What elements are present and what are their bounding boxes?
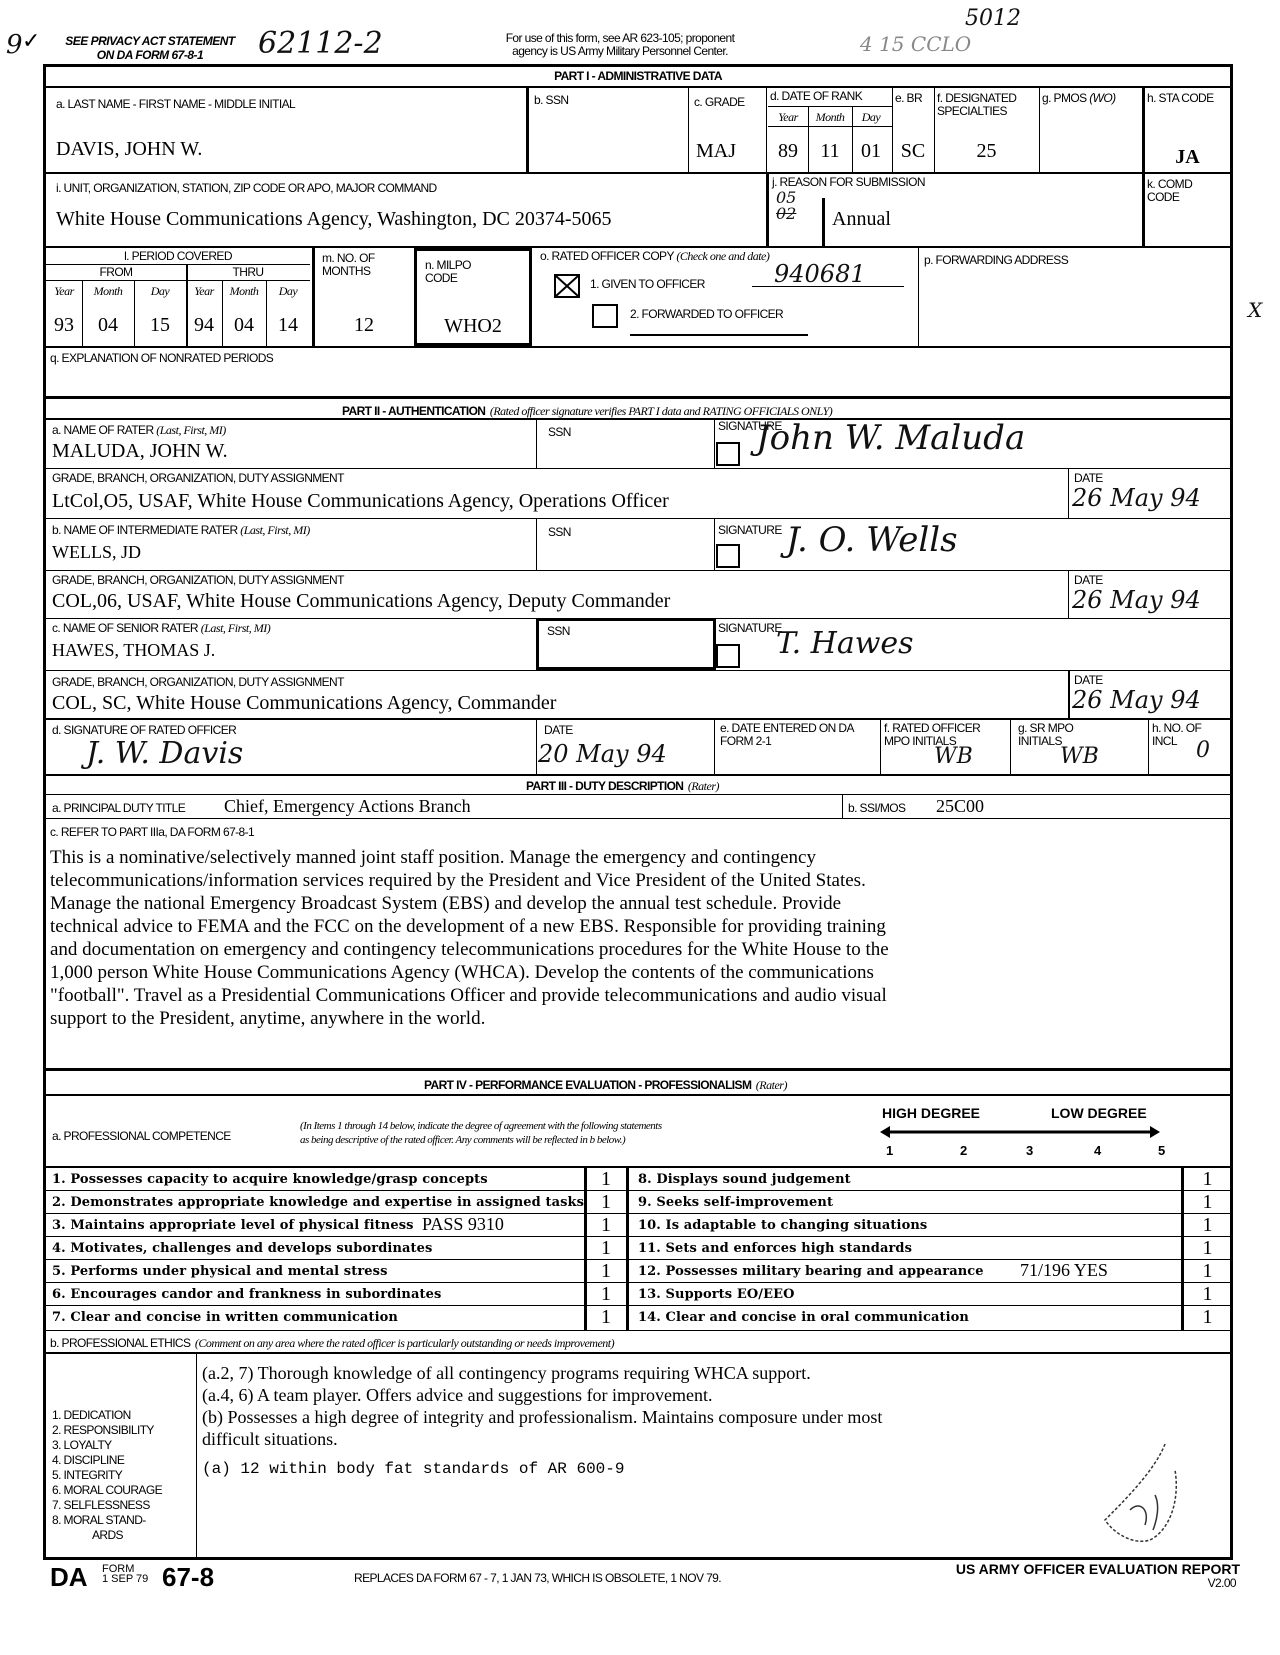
competence-item-row: 2. Demonstrates appropriate knowledge an… xyxy=(46,1191,630,1214)
competence-item-row: 10. Is adaptable to changing situations … xyxy=(630,1214,1230,1237)
duty-title-label: a. PRINCIPAL DUTY TITLE xyxy=(52,802,185,815)
ssn-label: b. SSN xyxy=(534,94,568,107)
nonrated-periods-field[interactable]: q. EXPLANATION OF NONRATED PERIODS xyxy=(46,348,1230,396)
duty-title: Chief, Emergency Actions Branch xyxy=(224,796,471,817)
divider xyxy=(43,570,1233,571)
senior-signature-checkbox[interactable] xyxy=(716,644,740,668)
item-rating[interactable]: 1 xyxy=(586,1306,626,1329)
divider xyxy=(43,468,1233,469)
senior-ssn-label: SSN xyxy=(547,625,570,638)
item-rating[interactable]: 1 xyxy=(1185,1168,1230,1191)
description-line: 1,000 person White House Communications … xyxy=(50,961,1226,984)
dor-year: 89 xyxy=(768,140,808,163)
from-year: 93 xyxy=(46,314,82,337)
rater-date: 26 May 94 xyxy=(1072,484,1201,512)
ssi-mos-field[interactable]: b. SSI/MOS 25C00 xyxy=(844,796,1230,818)
divider xyxy=(526,86,529,172)
duty-description-field[interactable]: c. REFER TO PART IIIa, DA FORM 67-8-1 Th… xyxy=(46,820,1230,1068)
item-text: 4. Motivates, challenges and develops su… xyxy=(52,1241,432,1256)
item-rating[interactable]: 1 xyxy=(586,1237,626,1260)
milpo-value: WHO2 xyxy=(417,315,529,338)
rated-officer-date-field[interactable]: DATE 20 May 94 xyxy=(538,720,714,774)
rated-copy-field[interactable]: o. RATED OFFICER COPY (Check one and dat… xyxy=(538,248,916,346)
ethics-item: 6. MORAL COURAGE xyxy=(52,1483,192,1498)
privacy-line-2: ON DA FORM 67-8-1 xyxy=(50,48,250,62)
reason-code-old: 02 xyxy=(776,204,796,223)
divider xyxy=(766,172,769,246)
senior-name-field[interactable]: c. NAME OF SENIOR RATER (Last, First, MI… xyxy=(46,620,536,670)
rated-officer-signature: J. W. Davis xyxy=(86,736,243,771)
ethics-comment-line: (a.4, 6) A team player. Offers advice an… xyxy=(202,1384,1226,1406)
senior-gbo-field[interactable]: GRADE, BRANCH, ORGANIZATION, DUTY ASSIGN… xyxy=(46,672,1066,718)
given-date: 940681 xyxy=(774,260,866,288)
divider xyxy=(46,280,310,281)
senior-date-label: DATE xyxy=(1074,674,1103,687)
ethics-comments-field[interactable]: (a.2, 7) Thorough knowledge of all conti… xyxy=(202,1362,1226,1552)
date-entered-field[interactable]: e. DATE ENTERED ON DA FORM 2-1 xyxy=(716,720,880,774)
period-from-label: FROM xyxy=(46,266,186,279)
date-underline xyxy=(752,286,904,287)
given-to-officer-checkbox[interactable] xyxy=(554,274,580,298)
part1-title: PART I - ADMINISTRATIVE DATA xyxy=(43,70,1233,83)
divider xyxy=(536,518,537,570)
milpo-label: n. MILPO CODE xyxy=(425,259,495,284)
divider xyxy=(43,396,1233,399)
from-day: 15 xyxy=(134,314,186,337)
item-rating[interactable]: 1 xyxy=(586,1283,626,1306)
item-text: 2. Demonstrates appropriate knowledge an… xyxy=(52,1195,584,1210)
form-word-date: FORM 1 SEP 79 xyxy=(102,1564,148,1584)
competence-item-row: 9. Seeks self-improvement 1 xyxy=(630,1191,1230,1214)
competence-item-row: 12. Possesses military bearing and appea… xyxy=(630,1260,1230,1283)
divider xyxy=(626,1166,629,1330)
handwritten-control-number: 62112-2 xyxy=(258,26,383,61)
intermediate-signature-label: SIGNATURE xyxy=(718,524,782,537)
rater-gbo-field[interactable]: GRADE, BRANCH, ORGANIZATION, DUTY ASSIGN… xyxy=(46,470,1066,518)
scale-1: 1 xyxy=(886,1144,893,1158)
intermediate-name-label: b. NAME OF INTERMEDIATE RATER (Last, Fir… xyxy=(52,524,310,537)
divider xyxy=(43,670,1233,671)
item-rating[interactable]: 1 xyxy=(586,1168,626,1191)
scale-arrow-icon xyxy=(880,1126,1160,1138)
ethics-item: ARDS xyxy=(52,1528,192,1543)
form-id: DA FORM 1 SEP 79 67-8 xyxy=(50,1562,88,1593)
scale-5: 5 xyxy=(1158,1144,1165,1158)
senior-signature-field[interactable]: SIGNATURE T. Hawes xyxy=(716,620,1230,670)
intermediate-signature: J. O. Wells xyxy=(786,520,958,560)
item-rating[interactable]: 1 xyxy=(1185,1260,1230,1283)
divider xyxy=(196,1352,197,1560)
months-value: 12 xyxy=(316,314,412,337)
item-text: 11. Sets and enforces high standards xyxy=(638,1241,912,1256)
reason-label: j. REASON FOR SUBMISSION xyxy=(772,176,925,189)
divider xyxy=(312,246,315,346)
rater-signature: John W. Maluda xyxy=(756,418,1025,458)
ethics-comment-line: (a.2, 7) Thorough knowledge of all conti… xyxy=(202,1362,1226,1384)
no-of-incl-field[interactable]: h. NO. OF INCL 0 xyxy=(1150,720,1230,774)
part4-title: PART IV - PERFORMANCE EVALUATION - PROFE… xyxy=(424,1076,787,1094)
competence-item-row: 1. Possesses capacity to acquire knowled… xyxy=(46,1168,630,1191)
given-to-officer-label: 1. GIVEN TO OFFICER xyxy=(590,278,705,291)
scale-3: 3 xyxy=(1026,1144,1033,1158)
usage-line-1: For use of this form, see AR 623-105; pr… xyxy=(470,32,770,45)
competence-item-row: 13. Supports EO/EEO 1 xyxy=(630,1283,1230,1306)
rated-officer-mpo-field[interactable]: f. RATED OFFICER MPO INITIALS WB xyxy=(882,720,1010,774)
forwarding-address-field[interactable]: p. FORWARDING ADDRESS xyxy=(920,248,1230,346)
duty-description: This is a nominative/selectively manned … xyxy=(50,846,1226,1030)
competence-item-row: 5. Performs under physical and mental st… xyxy=(46,1260,630,1283)
scale-low-label: LOW DEGREE xyxy=(1051,1106,1147,1121)
checkbox-x-icon xyxy=(556,276,578,296)
replaces-note: REPLACES DA FORM 67 - 7, 1 JAN 73, WHICH… xyxy=(354,1572,721,1585)
ethics-item: 4. DISCIPLINE xyxy=(52,1453,192,1468)
divider xyxy=(536,418,537,468)
divider xyxy=(822,198,825,246)
intermediate-name: WELLS, JD xyxy=(52,542,141,563)
rater-name-label: a. NAME OF RATER (Last, First, MI) xyxy=(52,424,226,437)
ethics-item: 8. MORAL STAND- xyxy=(52,1513,192,1528)
senior-name-label: c. NAME OF SENIOR RATER (Last, First, MI… xyxy=(52,622,270,635)
form-da: DA xyxy=(50,1562,88,1592)
ethics-list: 1. DEDICATION 2. RESPONSIBILITY 3. LOYAL… xyxy=(52,1408,192,1543)
item-rating[interactable]: 1 xyxy=(586,1260,626,1283)
nonrated-periods-label: q. EXPLANATION OF NONRATED PERIODS xyxy=(50,352,273,365)
divider xyxy=(1068,570,1069,618)
report-version: V2.00 xyxy=(890,1577,1240,1590)
divider xyxy=(1068,468,1069,518)
competence-item-row: 6. Encourages candor and frankness in su… xyxy=(46,1283,630,1306)
divider xyxy=(43,1068,1233,1071)
period-label: l. PERIOD COVERED xyxy=(46,250,310,263)
ethics-item: 1. DEDICATION xyxy=(52,1408,192,1423)
form-number: 67-8 xyxy=(162,1562,214,1593)
designated-specialties-value: 25 xyxy=(935,140,1038,163)
item-text: 3. Maintains appropriate level of physic… xyxy=(52,1218,414,1233)
handwritten-top-right-2: 4 15 CCLO xyxy=(860,32,971,56)
senior-date-field[interactable]: DATE 26 May 94 xyxy=(1070,672,1230,718)
intermediate-date-label: DATE xyxy=(1074,574,1103,587)
unit-label: i. UNIT, ORGANIZATION, STATION, ZIP CODE… xyxy=(56,182,437,195)
competence-items-left: 1. Possesses capacity to acquire knowled… xyxy=(46,1168,630,1330)
branch-field[interactable]: e. BR SC xyxy=(893,88,933,172)
item-rating[interactable]: 1 xyxy=(1185,1214,1230,1237)
rated-officer-date: 20 May 94 xyxy=(538,740,667,768)
duty-title-field[interactable]: a. PRINCIPAL DUTY TITLE Chief, Emergency… xyxy=(46,796,842,818)
part3-title: PART III - DUTY DESCRIPTION (Rater) xyxy=(526,777,719,795)
intermediate-gbo-field[interactable]: GRADE, BRANCH, ORGANIZATION, DUTY ASSIGN… xyxy=(46,572,1066,618)
period-covered-field[interactable]: l. PERIOD COVERED FROM THRU Year Month D… xyxy=(46,248,310,346)
divider xyxy=(1148,718,1149,774)
stamp-icon xyxy=(1095,1440,1185,1550)
divider xyxy=(766,86,767,172)
divider xyxy=(1181,1166,1184,1330)
senior-signature: T. Hawes xyxy=(776,626,914,661)
item-text: 10. Is adaptable to changing situations xyxy=(638,1218,927,1233)
competence-label: a. PROFESSIONAL COMPETENCE xyxy=(52,1130,231,1143)
description-line: telecommunications/information services … xyxy=(50,869,1226,892)
item-text: 6. Encourages candor and frankness in su… xyxy=(52,1287,441,1302)
divider xyxy=(584,1166,587,1330)
divider xyxy=(46,264,310,265)
branch-value: SC xyxy=(893,140,933,163)
instructions-line-1: (In Items 1 through 14 below, indicate t… xyxy=(300,1120,662,1132)
sr-mpo-field[interactable]: g. SR MPO INITIALS WB xyxy=(1012,720,1148,774)
thru-day: 14 xyxy=(266,314,310,337)
intermediate-gbo: COL,06, USAF, White House Communications… xyxy=(52,590,670,613)
sta-code-label: h. STA CODE xyxy=(1147,92,1214,105)
reason-field[interactable]: j. REASON FOR SUBMISSION 05 02 Annual xyxy=(770,174,1140,246)
date-entered-label: e. DATE ENTERED ON DA FORM 2-1 xyxy=(720,722,870,747)
intermediate-signature-field[interactable]: SIGNATURE J. O. Wells xyxy=(716,520,1230,570)
intermediate-ssn-label: SSN xyxy=(548,526,571,539)
forwarded-to-officer-label: 2. FORWARDED TO OFFICER xyxy=(630,308,783,321)
rater-signature-checkbox[interactable] xyxy=(716,442,740,466)
branch-label: e. BR xyxy=(895,92,922,105)
ethics-label-suffix: (Comment on any area where the rated off… xyxy=(195,1336,614,1350)
item-rating[interactable]: 1 xyxy=(1185,1306,1230,1329)
description-line: and documentation on emergency and conti… xyxy=(50,938,1226,961)
item-note: PASS 9310 xyxy=(422,1214,504,1235)
item-text: 14. Clear and concise in oral communicat… xyxy=(638,1310,969,1325)
privacy-statement: SEE PRIVACY ACT STATEMENT ON DA FORM 67-… xyxy=(50,34,250,62)
dor-year-label: Year xyxy=(768,110,808,125)
item-text: 7. Clear and concise in written communic… xyxy=(52,1310,398,1325)
competence-item-row: 14. Clear and concise in oral communicat… xyxy=(630,1306,1230,1329)
item-rating[interactable]: 1 xyxy=(586,1214,626,1237)
usage-line-2: agency is US Army Military Personnel Cen… xyxy=(470,45,770,58)
divider xyxy=(714,418,715,468)
rater-signature-field[interactable]: SIGNATURE John W. Maluda xyxy=(716,420,1230,468)
ethics-note: (a) 12 within body fat standards of AR 6… xyxy=(202,1460,1226,1478)
rated-officer-signature-field[interactable]: d. SIGNATURE OF RATED OFFICER J. W. Davi… xyxy=(46,720,536,774)
ethics-comment-line: (b) Possesses a high degree of integrity… xyxy=(202,1406,1226,1428)
divider xyxy=(688,86,689,172)
scale-4: 4 xyxy=(1094,1144,1101,1158)
divider xyxy=(43,1330,1233,1331)
designated-specialties-field[interactable]: f. DESIGNATED SPECIALTIES 25 xyxy=(935,88,1038,172)
privacy-line-1: SEE PRIVACY ACT STATEMENT xyxy=(50,34,250,48)
divider xyxy=(714,718,715,774)
thru-month-label: Month xyxy=(222,284,266,299)
description-line: Manage the national Emergency Broadcast … xyxy=(50,892,1226,915)
unit-field[interactable]: i. UNIT, ORGANIZATION, STATION, ZIP CODE… xyxy=(46,174,766,246)
sta-code-field[interactable]: h. STA CODE JA xyxy=(1145,88,1230,172)
part3-title-text: PART III - DUTY DESCRIPTION xyxy=(526,779,683,793)
pmos-label: g. PMOS (WO) xyxy=(1042,92,1115,105)
divider xyxy=(43,774,1233,776)
part4-title-suffix: (Rater) xyxy=(756,1078,787,1092)
item-text: 8. Displays sound judgement xyxy=(638,1172,851,1187)
ethics-label: b. PROFESSIONAL ETHICS xyxy=(50,1336,190,1350)
rater-ssn-field[interactable]: SSN xyxy=(538,420,714,468)
competence-item-row: 8. Displays sound judgement 1 xyxy=(630,1168,1230,1191)
instructions-line-2: as being descriptive of the rated office… xyxy=(300,1134,625,1146)
ethics-comment-line: difficult situations. xyxy=(202,1428,1226,1450)
intermediate-gbo-label: GRADE, BRANCH, ORGANIZATION, DUTY ASSIGN… xyxy=(52,574,344,587)
item-rating[interactable]: 1 xyxy=(1185,1237,1230,1260)
competence-header: a. PROFESSIONAL COMPETENCE (In Items 1 t… xyxy=(46,1096,1230,1164)
divider xyxy=(43,818,1233,819)
divider xyxy=(536,718,537,774)
scale-high-label: HIGH DEGREE xyxy=(882,1106,980,1121)
ethics-item: 2. RESPONSIBILITY xyxy=(52,1423,192,1438)
divider xyxy=(768,106,892,107)
description-line: technical advice to FEMA and the FCC on … xyxy=(50,915,1226,938)
ethics-item: 3. LOYALTY xyxy=(52,1438,192,1453)
divider xyxy=(918,246,919,346)
from-day-label: Day xyxy=(134,284,186,299)
dor-month: 11 xyxy=(808,140,852,163)
item-text: 9. Seeks self-improvement xyxy=(638,1195,833,1210)
intermediate-ssn-field[interactable]: SSN xyxy=(538,520,714,570)
ssn-field[interactable]: b. SSN xyxy=(530,88,688,172)
item-text: 13. Supports EO/EEO xyxy=(638,1287,795,1302)
date-underline xyxy=(630,334,808,336)
senior-name: HAWES, THOMAS J. xyxy=(52,640,215,661)
rated-officer-date-label: DATE xyxy=(544,724,573,737)
senior-date: 26 May 94 xyxy=(1072,686,1201,714)
grade-value: MAJ xyxy=(696,140,736,163)
item-rating[interactable]: 1 xyxy=(1185,1191,1230,1214)
check-icon: ✓ xyxy=(22,28,40,54)
senior-gbo-label: GRADE, BRANCH, ORGANIZATION, DUTY ASSIGN… xyxy=(52,676,344,689)
name-label: a. LAST NAME - FIRST NAME - MIDDLE INITI… xyxy=(56,98,295,111)
reason-value: Annual xyxy=(832,208,891,231)
ssi-mos-label: b. SSI/MOS xyxy=(848,802,905,815)
divider xyxy=(768,126,892,127)
comd-code-field[interactable]: k. COMD CODE xyxy=(1145,174,1230,246)
grade-label: c. GRADE xyxy=(694,96,745,109)
intermediate-signature-checkbox[interactable] xyxy=(716,544,740,568)
ethics-item: 5. INTEGRITY xyxy=(52,1468,192,1483)
handwritten-margin-mark: 9 xyxy=(6,30,23,60)
rater-gbo-label: GRADE, BRANCH, ORGANIZATION, DUTY ASSIGN… xyxy=(52,472,344,485)
thru-year-label: Year xyxy=(186,284,222,299)
divider xyxy=(842,794,843,818)
from-month-label: Month xyxy=(82,284,134,299)
competence-item-row: 3. Maintains appropriate level of physic… xyxy=(46,1214,630,1237)
from-month: 04 xyxy=(82,314,134,337)
part4-title-text: PART IV - PERFORMANCE EVALUATION - PROFE… xyxy=(424,1078,751,1092)
divider xyxy=(43,518,1233,519)
comd-code-label: k. COMD CODE xyxy=(1147,178,1207,203)
designated-specialties-label: f. DESIGNATED SPECIALTIES xyxy=(937,92,1037,117)
rated-officer-signature-label: d. SIGNATURE OF RATED OFFICER xyxy=(52,724,236,737)
divider xyxy=(880,718,881,774)
refer-label: c. REFER TO PART IIIa, DA FORM 67-8-1 xyxy=(50,826,254,839)
thru-day-label: Day xyxy=(266,284,310,299)
margin-x-mark: X xyxy=(1248,298,1262,322)
months-label: m. NO. OF MONTHS xyxy=(322,252,402,277)
from-year-label: Year xyxy=(46,284,82,299)
dor-month-label: Month xyxy=(808,110,852,125)
item-rating[interactable]: 1 xyxy=(586,1191,626,1214)
senior-signature-label: SIGNATURE xyxy=(718,622,782,635)
pmos-field[interactable]: g. PMOS (WO) xyxy=(1040,88,1140,172)
ethics-header: b. PROFESSIONAL ETHICS (Comment on any a… xyxy=(50,1334,614,1352)
competence-items-right: 8. Displays sound judgement 1 9. Seeks s… xyxy=(630,1168,1230,1330)
date-of-rank-label: d. DATE OF RANK xyxy=(770,90,862,103)
description-line: This is a nominative/selectively manned … xyxy=(50,846,1226,869)
report-title: US ARMY OFFICER EVALUATION REPORT xyxy=(890,1562,1240,1577)
rated-officer-mpo-initials: WB xyxy=(934,744,973,769)
rater-date-field[interactable]: DATE 26 May 94 xyxy=(1070,470,1230,518)
item-text: 1. Possesses capacity to acquire knowled… xyxy=(52,1172,488,1187)
divider xyxy=(714,518,715,570)
milpo-field[interactable]: n. MILPO CODE WHO2 xyxy=(414,248,532,346)
handwritten-top-right: 5012 xyxy=(965,6,1021,31)
item-text: 5. Performs under physical and mental st… xyxy=(52,1264,388,1279)
senior-gbo: COL, SC, White House Communications Agen… xyxy=(52,692,556,715)
forwarded-to-officer-checkbox[interactable] xyxy=(592,304,618,328)
rater-date-label: DATE xyxy=(1074,472,1103,485)
divider xyxy=(43,794,1233,795)
description-line: "football". Travel as a Presidential Com… xyxy=(50,984,1226,1007)
period-thru-label: THRU xyxy=(186,266,310,279)
thru-month: 04 xyxy=(222,314,266,337)
rater-gbo: LtCol,O5, USAF, White House Communicatio… xyxy=(52,490,669,513)
description-line: support to the President, anytime, anywh… xyxy=(50,1007,1226,1030)
part2-subtitle: (Rated officer signature verifies PART I… xyxy=(490,404,832,418)
thru-year: 94 xyxy=(186,314,222,337)
sta-code-value: JA xyxy=(1145,146,1230,169)
rater-name-field[interactable]: a. NAME OF RATER (Last, First, MI) MALUD… xyxy=(46,420,536,468)
competence-item-row: 7. Clear and concise in written communic… xyxy=(46,1306,630,1329)
competence-item-row: 11. Sets and enforces high standards 1 xyxy=(630,1237,1230,1260)
months-field[interactable]: m. NO. OF MONTHS 12 xyxy=(316,248,412,346)
part3-title-suffix: (Rater) xyxy=(688,779,719,793)
rater-ssn-label: SSN xyxy=(548,426,571,439)
item-note: 71/196 YES xyxy=(1020,1260,1108,1281)
date-of-rank-field[interactable]: d. DATE OF RANK Year Month Day 89 11 01 xyxy=(768,88,892,172)
unit-value: White House Communications Agency, Washi… xyxy=(56,208,612,231)
scale-2: 2 xyxy=(960,1144,967,1158)
dor-day-label: Day xyxy=(852,110,890,125)
name-value: DAVIS, JOHN W. xyxy=(56,138,202,161)
divider xyxy=(43,1352,1233,1354)
senior-ssn-field[interactable]: SSN xyxy=(536,618,716,670)
item-text: 12. Possesses military bearing and appea… xyxy=(638,1264,984,1279)
intermediate-date-field[interactable]: DATE 26 May 94 xyxy=(1070,572,1230,618)
part2-title-text: PART II - AUTHENTICATION xyxy=(342,404,485,418)
no-of-incl-value: 0 xyxy=(1196,738,1210,763)
rater-name: MALUDA, JOHN W. xyxy=(52,440,228,463)
divider xyxy=(1010,718,1011,774)
rated-copy-label: o. RATED OFFICER COPY (Check one and dat… xyxy=(540,250,769,263)
usage-note: For use of this form, see AR 623-105; pr… xyxy=(470,32,770,57)
ssi-mos: 25C00 xyxy=(936,796,984,817)
grade-field[interactable]: c. GRADE MAJ xyxy=(690,88,752,172)
report-title-block: US ARMY OFFICER EVALUATION REPORT V2.00 xyxy=(890,1562,1240,1589)
sr-mpo-initials: WB xyxy=(1060,744,1099,769)
name-field[interactable]: a. LAST NAME - FIRST NAME - MIDDLE INITI… xyxy=(46,88,526,172)
competence-item-row: 4. Motivates, challenges and develops su… xyxy=(46,1237,630,1260)
ethics-item: 7. SELFLESSNESS xyxy=(52,1498,192,1513)
intermediate-name-field[interactable]: b. NAME OF INTERMEDIATE RATER (Last, Fir… xyxy=(46,520,536,570)
dor-day: 01 xyxy=(852,140,890,163)
intermediate-date: 26 May 94 xyxy=(1072,586,1201,614)
item-rating[interactable]: 1 xyxy=(1185,1283,1230,1306)
forwarding-address-label: p. FORWARDING ADDRESS xyxy=(924,254,1068,267)
